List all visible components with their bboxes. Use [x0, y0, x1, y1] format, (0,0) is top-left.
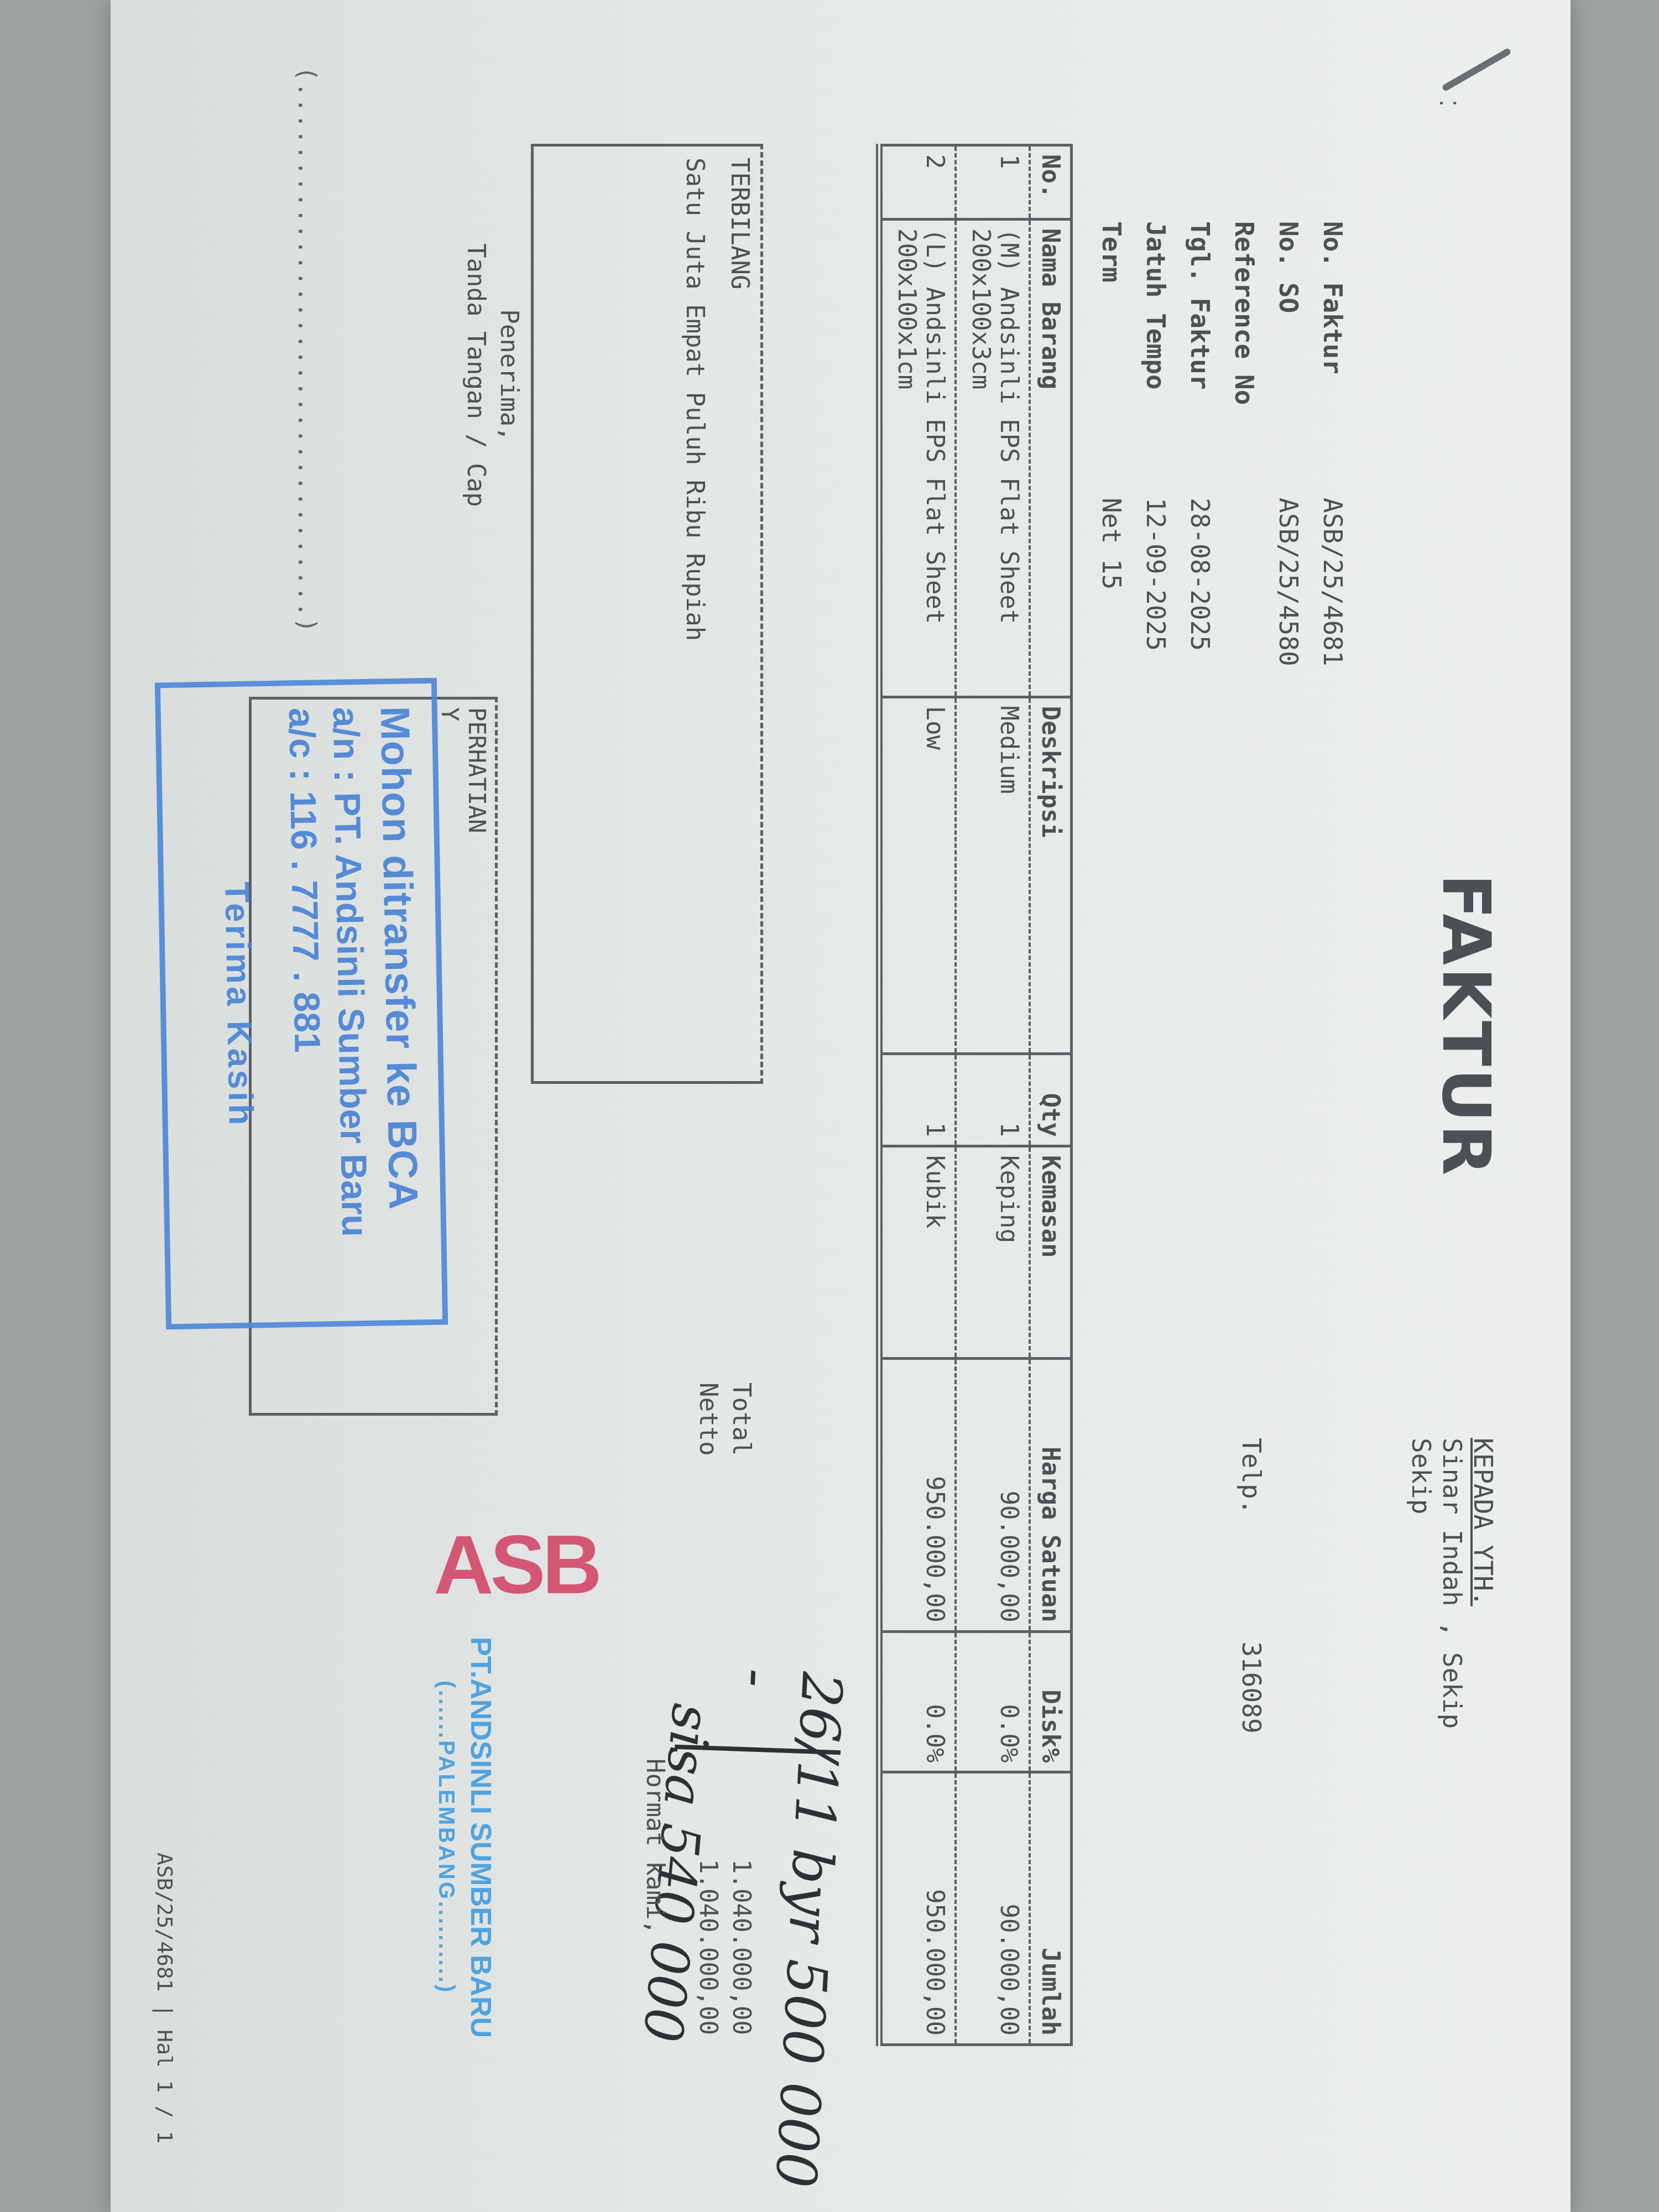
cell-desc: Low	[879, 697, 956, 1054]
terbilang-label: TERBILANG	[726, 158, 754, 1070]
company-stamp: PT.ANDSINLI SUMBER BARU (......PALEMBANG…	[429, 1637, 498, 2038]
phone-value: 316089	[1237, 1641, 1266, 2028]
cell-price: 90.000,00	[956, 1359, 1030, 1631]
company-city: (......PALEMBANG..........)	[429, 1637, 463, 2038]
meta-value: 12-09-2025	[1134, 498, 1178, 885]
recipient-heading: KEPADA YTH.	[1468, 1438, 1499, 1729]
stamp-line-2: a/n : PT. Andsinli Sumber Baru	[325, 707, 378, 1299]
meta-value: ASB/25/4580	[1266, 498, 1311, 885]
cell-amount: 950.000,00	[879, 1772, 956, 2044]
cell-qty: 1	[956, 1054, 1030, 1146]
meta-label: Reference No	[1222, 221, 1266, 498]
meta-row: Reference No	[1222, 221, 1266, 885]
phone-label: Telp.	[1237, 1438, 1266, 1514]
cell-disc: 0.0%	[879, 1631, 956, 1772]
pen-mark	[1441, 48, 1511, 92]
terbilang-text: Satu Juta Empat Puluh Ribu Rupiah	[681, 158, 709, 1070]
recipient-block: KEPADA YTH. Sinar Indah , Sekip Sekip	[1406, 1438, 1499, 1729]
meta-label: Jatuh Tempo	[1134, 221, 1178, 498]
meta-value: Net 15	[1089, 498, 1134, 885]
cell-name: (M) Andsinli EPS Flat Sheet 200x100x3cm	[956, 219, 1030, 697]
meta-label: Tgl. Faktur	[1178, 221, 1222, 498]
cell-price: 950.000,00	[879, 1359, 956, 1631]
meta-row: Tgl. Faktur28-08-2025	[1178, 221, 1222, 885]
stamp-line-4: Terima Kasih	[214, 708, 264, 1301]
bank-transfer-stamp: Mohon ditransfer ke BCA a/n : PT. Andsin…	[155, 678, 448, 1330]
col-amount: Jumlah	[1030, 1772, 1072, 2044]
meta-label: No. Faktur	[1311, 221, 1355, 498]
receiver-sub: Tanda Tangan / Cap	[459, 243, 492, 507]
cell-qty: 1	[879, 1054, 956, 1146]
recipient-name: Sinar Indah , Sekip	[1437, 1438, 1468, 1729]
meta-label: Term	[1089, 221, 1134, 498]
invoice-photo: ⁚ FAKTUR KEPADA YTH. Sinar Indah , Sekip…	[133, 0, 1571, 2212]
invoice-meta: No. FakturASB/25/4681 No. SOASB/25/4580 …	[1089, 221, 1355, 885]
table-row: 2 (L) Andsinli EPS Flat Sheet 200x100x1c…	[879, 145, 956, 2045]
regards-label: Hormat kami,	[641, 1759, 669, 1934]
receiver-signature-line: (..................................)	[293, 66, 321, 634]
cell-unit: Keping	[956, 1146, 1030, 1359]
recipient-address: Sekip	[1406, 1438, 1437, 1729]
cell-no: 2	[879, 145, 956, 220]
col-desc: Deskripsi	[1030, 697, 1072, 1054]
meta-value: 28-08-2025	[1178, 498, 1222, 885]
handwritten-note-1: 26/11 byr 500 000 -	[697, 1667, 855, 2212]
col-disc: Disk%	[1030, 1631, 1072, 1772]
meta-row: Jatuh Tempo12-09-2025	[1134, 221, 1178, 885]
company-logo-icon: ASB	[434, 1517, 599, 1613]
cell-amount: 90.000,00	[956, 1772, 1030, 2044]
col-unit: Kemasan	[1030, 1146, 1072, 1359]
pen-dots: ⁚	[1434, 100, 1460, 107]
netto-label: Netto	[691, 1383, 724, 1548]
meta-value: ASB/25/4681	[1311, 498, 1355, 885]
cell-unit: Kubik	[879, 1146, 956, 1359]
col-name: Nama Barang	[1030, 219, 1072, 697]
document-title: FAKTUR	[1427, 874, 1504, 1178]
items-table: No. Nama Barang Deskripsi Qty Kemasan Ha…	[876, 144, 1073, 2046]
col-price: Harga Satuan	[1030, 1359, 1072, 1631]
meta-row: No. FakturASB/25/4681	[1311, 221, 1355, 885]
meta-value	[1222, 498, 1266, 885]
page-footer: ASB/25/4681 | Hal 1 / 1	[153, 1853, 177, 2143]
attention-label: PERHATIAN	[463, 707, 491, 1405]
stamp-line-3: a/c : 116 . 7777 . 881	[281, 707, 333, 1300]
cell-desc: Medium	[956, 697, 1030, 1054]
amount-in-words-box: TERBILANG Satu Juta Empat Puluh Ribu Rup…	[531, 144, 763, 1084]
cell-name: (L) Andsinli EPS Flat Sheet 200x100x1cm	[879, 219, 956, 697]
col-no: No.	[1030, 145, 1072, 220]
receiver-block: Penerima, Tanda Tangan / Cap	[459, 243, 525, 507]
meta-row: TermNet 15	[1089, 221, 1134, 885]
total-label: Total	[724, 1383, 758, 1548]
cell-no: 1	[956, 145, 1030, 220]
meta-label: No. SO	[1266, 221, 1311, 498]
table-header-row: No. Nama Barang Deskripsi Qty Kemasan Ha…	[1030, 145, 1072, 2045]
recipient-phone: Telp. 316089	[1237, 1438, 1266, 2028]
receiver-label: Penerima,	[492, 243, 525, 507]
meta-row: No. SOASB/25/4580	[1266, 221, 1311, 885]
stamp-line-1: Mohon ditransfer ke BCA	[372, 706, 429, 1298]
col-qty: Qty	[1030, 1054, 1072, 1146]
cell-disc: 0.0%	[956, 1631, 1030, 1772]
invoice-paper: ⁚ FAKTUR KEPADA YTH. Sinar Indah , Sekip…	[111, 0, 1571, 2212]
company-name: PT.ANDSINLI SUMBER BARU	[463, 1637, 498, 2038]
table-row: 1 (M) Andsinli EPS Flat Sheet 200x100x3c…	[956, 145, 1030, 2045]
